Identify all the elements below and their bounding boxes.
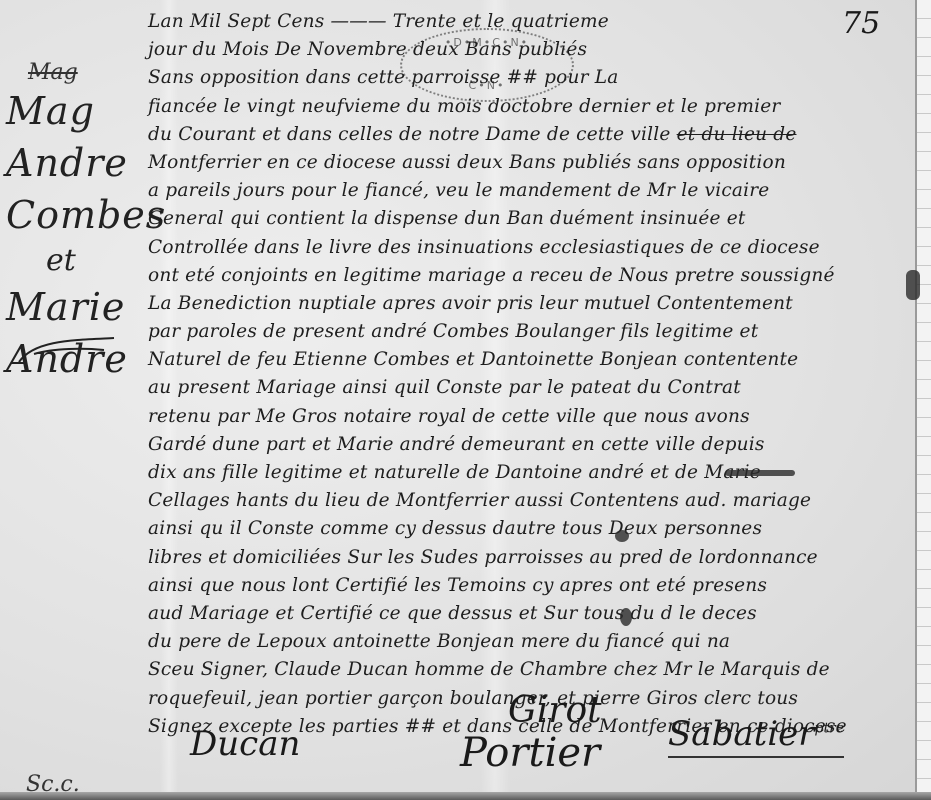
margin-line-mag: Mag bbox=[6, 85, 136, 137]
entry-line: par paroles de present andré Combes Boul… bbox=[148, 318, 918, 346]
entry-line: Cellages hants du lieu de Montferrier au… bbox=[148, 487, 918, 515]
entry-line: ainsi que nous lont Certifié les Temoins… bbox=[148, 572, 918, 600]
ink-blot bbox=[620, 608, 632, 626]
entry-line: Sans opposition dans cette parroisse ## … bbox=[148, 64, 918, 92]
margin-struck-word: Mag bbox=[28, 60, 136, 85]
entry-line: Montferrier en ce diocese aussi deux Ban… bbox=[148, 149, 918, 177]
entry-line: ainsi qu il Conste comme cy dessus dautr… bbox=[148, 515, 918, 543]
ink-blot bbox=[615, 530, 629, 542]
entry-line: a pareils jours pour le fiancé, veu le m… bbox=[148, 177, 918, 205]
ink-blot bbox=[906, 270, 920, 300]
entry-line: Lan Mil Sept Cens ——— Trente et le quatr… bbox=[148, 8, 918, 36]
margin-line-andre: Andre bbox=[6, 137, 136, 189]
margin-line-marie: Marie bbox=[6, 281, 136, 333]
margin-line-et: et bbox=[46, 241, 136, 281]
margin-line-combes: Combes bbox=[6, 189, 136, 241]
entry-line: fiancée le vingt neufvieme du mois docto… bbox=[148, 93, 918, 121]
margin-flourish-icon bbox=[14, 330, 124, 370]
entry-line: Gardé dune part et Marie andré demeurant… bbox=[148, 431, 918, 459]
entry-line: La Benediction nuptiale apres avoir pris… bbox=[148, 290, 918, 318]
entry-line: jour du Mois De Novembre deux Bans publi… bbox=[148, 36, 918, 64]
entry-line: libres et domiciliées Sur les Sudes parr… bbox=[148, 544, 918, 572]
entry-line: retenu par Me Gros notaire royal de cett… bbox=[148, 403, 918, 431]
entry-line: aud Mariage et Certifié ce que dessus et… bbox=[148, 600, 918, 628]
register-entry-text: Lan Mil Sept Cens ——— Trente et le quatr… bbox=[148, 8, 918, 741]
entry-line: General qui contient la dispense dun Ban… bbox=[148, 205, 918, 233]
entry-line: dix ans fille legitime et naturelle de D… bbox=[148, 459, 918, 487]
register-page: Mag Mag Andre Combes et Marie Andre •D•M… bbox=[0, 0, 931, 800]
entry-line: Signez excepte les parties ## et dans ce… bbox=[148, 713, 918, 741]
entry-line: roquefeuil, jean portier garçon boulange… bbox=[148, 685, 918, 713]
page-bottom-edge bbox=[0, 792, 931, 800]
entry-line: Naturel de feu Etienne Combes et Dantoin… bbox=[148, 346, 918, 374]
entry-line: Sceu Signer, Claude Ducan homme de Chamb… bbox=[148, 656, 918, 684]
entry-line: du pere de Lepoux antoinette Bonjean mer… bbox=[148, 628, 918, 656]
entry-line-text: du Courant et dans celles de notre Dame … bbox=[148, 124, 671, 145]
ink-smear bbox=[725, 470, 795, 476]
entry-line: du Courant et dans celles de notre Dame … bbox=[148, 121, 918, 149]
entry-line: au present Mariage ainsi quil Conste par… bbox=[148, 374, 918, 402]
entry-line: ont eté conjoints en legitime mariage a … bbox=[148, 262, 918, 290]
entry-line: Controllée dans le livre des insinuation… bbox=[148, 234, 918, 262]
struck-text: et du lieu de bbox=[677, 124, 797, 145]
